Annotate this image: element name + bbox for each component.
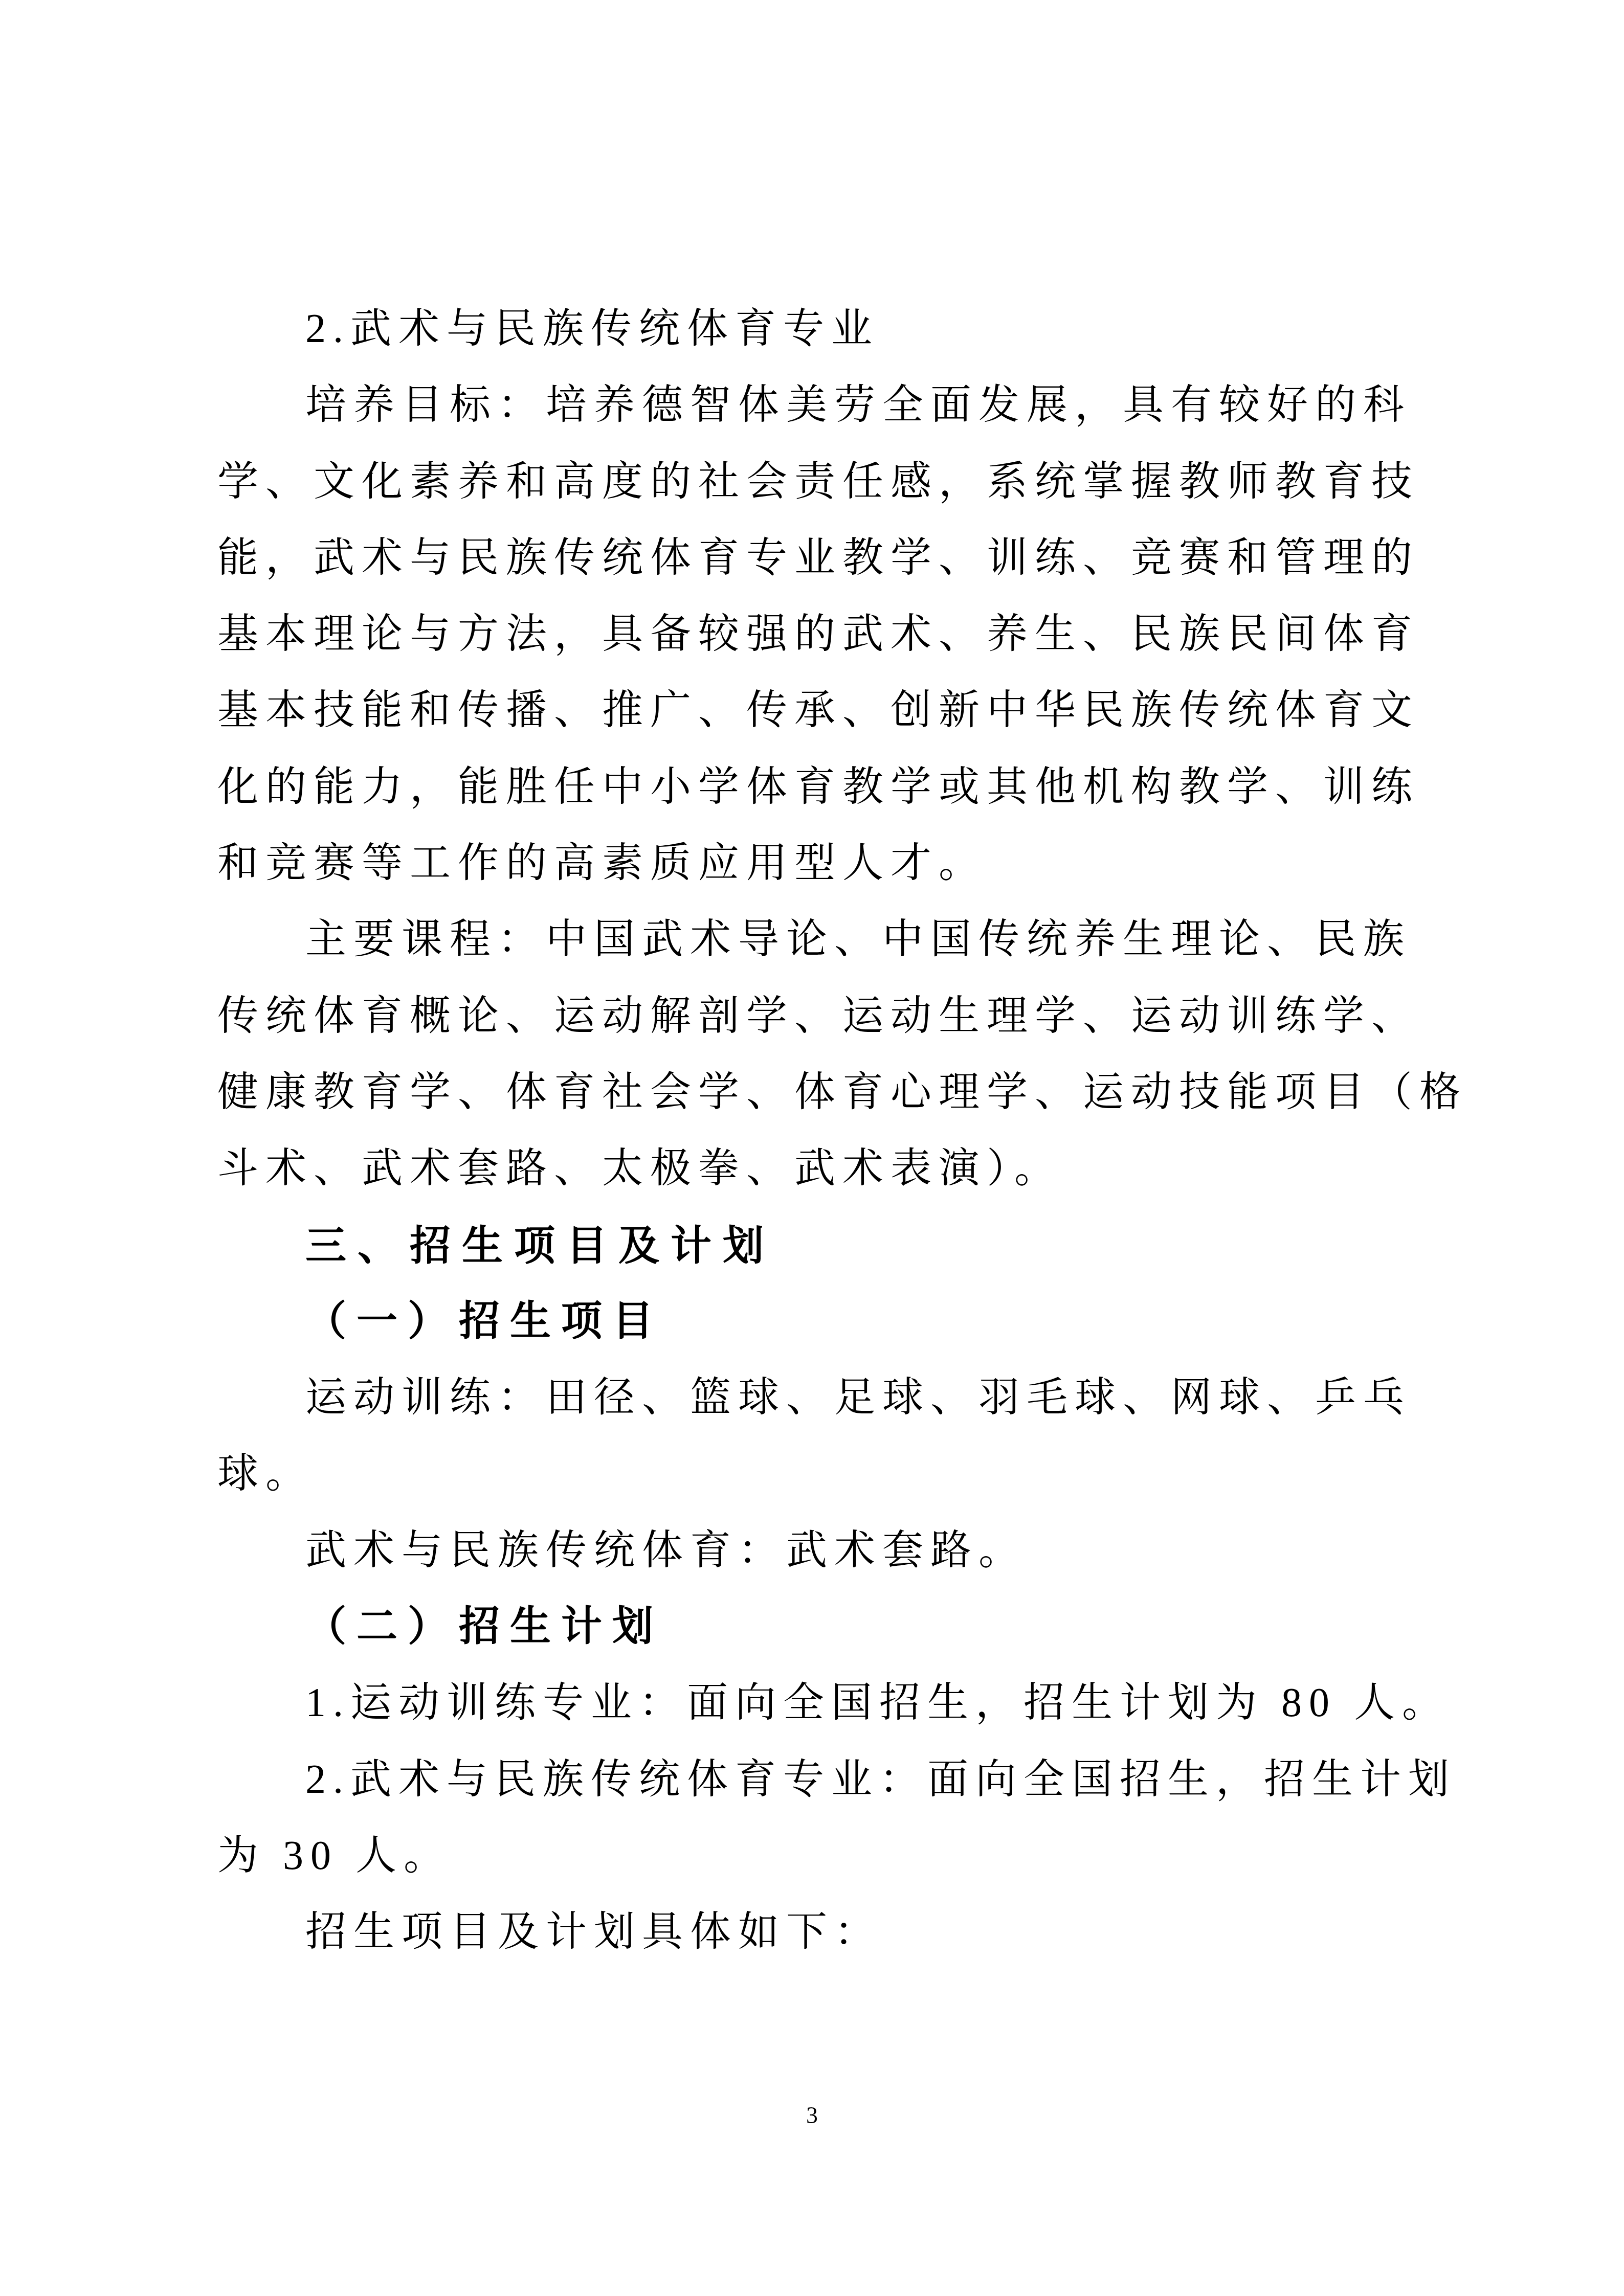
paragraph-line: 球。 — [217, 1436, 1527, 1512]
paragraph-line: 和竞赛等工作的高素质应用型人才。 — [217, 825, 1527, 902]
paragraph-line: 2.武术与民族传统体育专业 — [217, 291, 1527, 367]
paragraph-line: 2.武术与民族传统体育专业：面向全国招生，招生计划 — [217, 1742, 1527, 1818]
paragraph-line: 培养目标：培养德智体美劳全面发展，具有较好的科 — [217, 367, 1527, 443]
paragraph-line: 为 30 人。 — [217, 1818, 1527, 1894]
section-heading: 三、招生项目及计划 — [217, 1207, 1527, 1284]
paragraph-line: 主要课程：中国武术导论、中国传统养生理论、民族 — [217, 902, 1527, 978]
paragraph-line: 1.运动训练专业：面向全国招生，招生计划为 80 人。 — [217, 1665, 1527, 1741]
paragraph-line: 运动训练：田径、篮球、足球、羽毛球、网球、乒乓 — [217, 1360, 1527, 1436]
paragraph-line: 基本理论与方法，具备较强的武术、养生、民族民间体育 — [217, 596, 1527, 672]
subsection-heading-1: （一）招生项目 — [217, 1284, 1527, 1360]
paragraph-line: 武术与民族传统体育：武术套路。 — [217, 1513, 1527, 1589]
paragraph-line: 传统体育概论、运动解剖学、运动生理学、运动训练学、 — [217, 978, 1527, 1054]
paragraph-line: 学、文化素养和高度的社会责任感，系统掌握教师教育技 — [217, 444, 1527, 520]
paragraph-line: 化的能力，能胜任中小学体育教学或其他机构教学、训练 — [217, 749, 1527, 825]
paragraph-line: 基本技能和传播、推广、传承、创新中华民族传统体育文 — [217, 672, 1527, 749]
subsection-heading-2: （二）招生计划 — [217, 1589, 1527, 1665]
paragraph-line: 健康教育学、体育社会学、体育心理学、运动技能项目（格 — [217, 1054, 1527, 1131]
document-body: 2.武术与民族传统体育专业 培养目标：培养德智体美劳全面发展，具有较好的科 学、… — [217, 291, 1527, 1971]
page-number: 3 — [0, 2103, 1624, 2128]
paragraph-line: 招生项目及计划具体如下： — [217, 1894, 1527, 1970]
paragraph-line: 斗术、武术套路、太极拳、武术表演）。 — [217, 1131, 1527, 1207]
document-page: 2.武术与民族传统体育专业 培养目标：培养德智体美劳全面发展，具有较好的科 学、… — [0, 0, 1624, 2296]
paragraph-line: 能，武术与民族传统体育专业教学、训练、竞赛和管理的 — [217, 520, 1527, 596]
